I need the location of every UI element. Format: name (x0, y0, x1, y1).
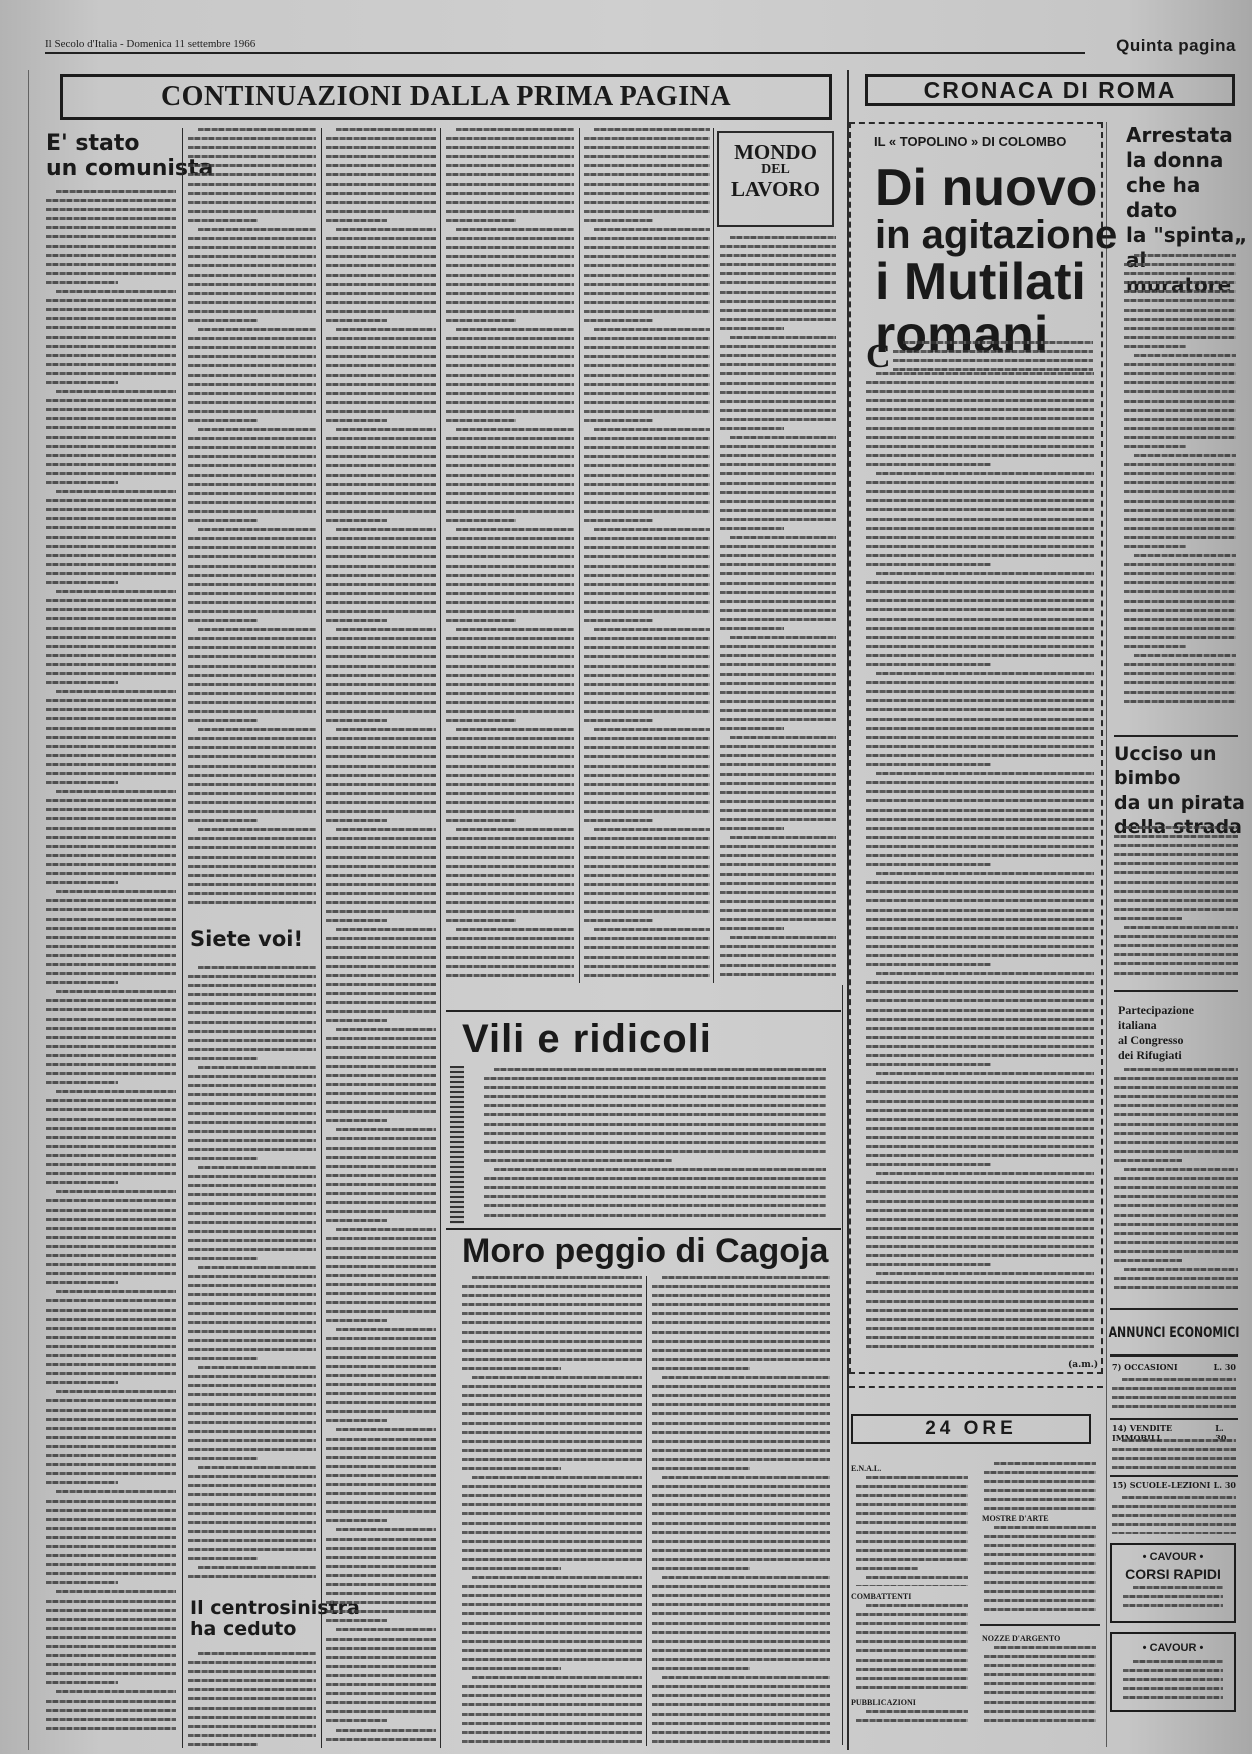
text-line (188, 274, 316, 277)
text-line (720, 245, 836, 248)
text-line (1134, 554, 1236, 557)
classified-category-price: L. 30 (1214, 1480, 1236, 1490)
text-line (720, 272, 836, 275)
text-line (446, 910, 574, 913)
text-line (46, 463, 176, 466)
text-line (326, 1365, 436, 1368)
classified-category-label: 15) SCUOLE-LEZIONI (1112, 1480, 1210, 1490)
text-line (326, 1692, 436, 1695)
text-line (1124, 327, 1236, 330)
text-line (46, 963, 176, 966)
text-line (326, 892, 436, 895)
text-line (652, 1722, 830, 1725)
text-line (326, 774, 436, 777)
text-line (720, 673, 836, 676)
text-line (462, 1658, 642, 1661)
text-line (46, 717, 176, 720)
text-line (188, 746, 316, 749)
text-line (584, 283, 710, 286)
text-line (1124, 318, 1236, 321)
text-line (1124, 272, 1236, 275)
text-line (866, 754, 1094, 757)
text-line (188, 610, 316, 613)
text-line (652, 1622, 830, 1625)
text-line (188, 1330, 316, 1333)
text-line (584, 492, 710, 495)
text-line (584, 583, 710, 586)
text-line (46, 1681, 118, 1684)
text-line (188, 283, 316, 286)
text-line (188, 537, 316, 540)
text-line (584, 374, 710, 377)
text-line (446, 374, 574, 377)
text-line (856, 1503, 968, 1506)
text-line (866, 1710, 968, 1713)
text-line (198, 428, 316, 431)
text-line (326, 601, 436, 604)
text-line (994, 1462, 1096, 1465)
text-line (188, 1293, 316, 1296)
text-line (46, 445, 176, 448)
text-line (446, 865, 574, 868)
text-line (652, 1658, 830, 1661)
text-line (326, 746, 436, 749)
text-line (46, 599, 176, 602)
text-line (446, 946, 574, 949)
text-line (866, 863, 991, 866)
text-line (326, 1183, 436, 1186)
text-line (462, 1558, 642, 1561)
text-line (326, 910, 436, 913)
text-line (46, 199, 176, 202)
text-line (326, 264, 436, 267)
text-line (446, 974, 574, 977)
text-line (1124, 309, 1236, 312)
text-line (326, 1019, 387, 1022)
text-line (446, 637, 574, 640)
text-line (720, 782, 836, 785)
column-rule (182, 128, 183, 1748)
text-line (326, 1265, 436, 1268)
text-line (188, 1503, 316, 1506)
text-line (46, 1663, 176, 1666)
text-line (188, 993, 316, 996)
text-line (584, 455, 710, 458)
text-line (326, 583, 436, 586)
text-line (446, 264, 574, 267)
dropcap: C (866, 338, 891, 376)
text-line (46, 772, 176, 775)
text-line (326, 974, 436, 977)
text-line (326, 255, 436, 258)
text-line (336, 1428, 436, 1431)
text-line (326, 1247, 436, 1250)
text-line (46, 508, 176, 511)
text-line (46, 436, 176, 439)
article-body-col1 (46, 190, 176, 1745)
text-line (326, 1192, 436, 1195)
text-line (472, 1276, 642, 1279)
text-line (856, 1567, 918, 1570)
text-line (198, 728, 316, 731)
text-line (866, 845, 1094, 848)
text-line (336, 428, 436, 431)
text-line (1124, 409, 1236, 412)
text-line (866, 790, 1094, 793)
text-line (720, 791, 836, 794)
text-line (46, 927, 176, 930)
text-line (1112, 1514, 1236, 1517)
text-line (984, 1581, 1096, 1584)
text-line (893, 350, 1093, 353)
text-line (188, 155, 316, 158)
text-line (1124, 509, 1236, 512)
text-line (188, 655, 316, 658)
text-line (484, 1104, 826, 1107)
text-line (584, 264, 710, 267)
text-line (188, 1512, 316, 1515)
text-line (326, 1665, 436, 1668)
text-line (584, 219, 653, 222)
text-line (876, 1172, 1094, 1175)
text-line (46, 981, 118, 984)
text-line (484, 1177, 826, 1180)
text-line (856, 1485, 968, 1488)
text-line (594, 528, 710, 531)
text-line (652, 1440, 830, 1443)
text-line (866, 909, 1094, 912)
text-line (1114, 1123, 1238, 1126)
text-line (652, 1649, 830, 1652)
text-line (188, 619, 258, 622)
text-line (584, 192, 710, 195)
text-line (326, 856, 436, 859)
text-line (188, 1412, 316, 1415)
text-line (326, 183, 436, 186)
text-line (720, 545, 836, 548)
text-line (188, 1339, 316, 1342)
text-line (46, 581, 118, 584)
text-line (1114, 862, 1238, 865)
text-line (866, 990, 1094, 993)
text-line (326, 510, 436, 513)
text-line (1114, 1277, 1238, 1280)
text-line (46, 1145, 176, 1148)
text-line (584, 183, 710, 186)
text-line (594, 128, 710, 131)
text-line (446, 537, 574, 540)
text-line (46, 399, 176, 402)
text-line (188, 1384, 316, 1387)
text-line (188, 501, 316, 504)
text-line (584, 701, 710, 704)
text-line (984, 1590, 1096, 1593)
text-line (652, 1512, 830, 1515)
article-rule (1110, 1354, 1238, 1357)
text-line (652, 1449, 830, 1452)
classified-text (1112, 1496, 1236, 1534)
text-line (188, 1539, 316, 1542)
text-line (46, 1445, 176, 1448)
text-line (326, 646, 436, 649)
text-line (326, 937, 436, 940)
text-line (866, 736, 1094, 739)
text-line (984, 1682, 1096, 1685)
text-line (336, 1729, 436, 1732)
text-line (188, 219, 258, 222)
text-line (188, 1707, 316, 1710)
text-line (866, 836, 1094, 839)
text-line (876, 972, 1094, 975)
text-line (984, 1553, 1096, 1556)
text-line (326, 419, 387, 422)
column-rule (440, 128, 441, 1748)
text-line (720, 663, 836, 666)
subhead-enal: E.N.A.L. (851, 1464, 881, 1473)
text-line (188, 410, 316, 413)
text-line (56, 1090, 176, 1093)
text-line (46, 1018, 176, 1021)
text-line (856, 1512, 968, 1515)
text-line (46, 1236, 176, 1239)
text-line (1124, 336, 1236, 339)
headline-line: Di nuovo (875, 162, 1117, 215)
text-line (188, 1493, 316, 1496)
text-line (720, 845, 836, 848)
text-line (1114, 1241, 1238, 1244)
text-line (584, 464, 710, 467)
text-line (188, 1212, 316, 1215)
text-line (652, 1403, 830, 1406)
text-line (46, 954, 176, 957)
text-line (46, 1363, 176, 1366)
text-line (326, 146, 436, 149)
text-line (446, 746, 574, 749)
text-line (866, 599, 1094, 602)
text-line (446, 274, 574, 277)
text-line (584, 565, 710, 568)
text-line (584, 164, 710, 167)
text-line (446, 665, 574, 668)
text-line (1114, 917, 1182, 920)
text-line (594, 628, 710, 631)
text-line (652, 1549, 830, 1552)
text-line (188, 1011, 316, 1014)
text-line (446, 610, 574, 613)
text-line (1114, 899, 1238, 902)
article-body-col5 (584, 128, 710, 983)
text-line (984, 1701, 1096, 1704)
text-line (1114, 890, 1238, 893)
text-line (46, 745, 176, 748)
box-title-line: LAVORO (719, 178, 832, 200)
text-line (462, 1603, 642, 1606)
text-line (46, 1536, 176, 1539)
text-line (188, 183, 316, 186)
text-line (720, 654, 836, 657)
text-line (730, 636, 836, 639)
text-line (326, 1356, 436, 1359)
text-line (462, 1740, 642, 1743)
text-line (446, 874, 574, 877)
text-line (326, 1583, 436, 1586)
text-line (446, 510, 574, 513)
text-line (46, 454, 176, 457)
text-line (46, 881, 118, 884)
text-line (730, 836, 836, 839)
text-line (584, 364, 710, 367)
text-line (326, 455, 436, 458)
text-line (876, 572, 1094, 575)
text-line (326, 865, 436, 868)
text-line (984, 1489, 1096, 1492)
text-line (46, 336, 176, 339)
text-line (720, 827, 784, 830)
text-line (188, 874, 316, 877)
text-line (720, 382, 836, 385)
classified-text (1112, 1378, 1236, 1410)
text-line (188, 1475, 316, 1478)
text-line (1124, 590, 1236, 593)
text-line (652, 1303, 830, 1306)
text-line (326, 1638, 436, 1641)
text-line (326, 210, 436, 213)
text-line (46, 1645, 176, 1648)
text-line (652, 1558, 830, 1561)
text-line (584, 274, 710, 277)
text-line (984, 1535, 1096, 1538)
text-line (456, 928, 574, 931)
text-line (326, 801, 436, 804)
text-line (584, 819, 653, 822)
article-body-24ore-e (984, 1526, 1096, 1612)
text-line (326, 765, 436, 768)
text-line (46, 845, 176, 848)
text-line (326, 992, 436, 995)
text-line (1114, 1095, 1238, 1098)
text-line (1133, 1586, 1223, 1589)
text-line (188, 1148, 316, 1151)
text-line (1112, 1532, 1236, 1534)
text-line (456, 628, 574, 631)
text-line (866, 499, 1094, 502)
text-line (46, 708, 176, 711)
text-line (462, 1385, 642, 1388)
text-line (446, 883, 574, 886)
text-line (446, 219, 516, 222)
text-line (456, 428, 574, 431)
text-line (188, 592, 316, 595)
text-line (1124, 290, 1236, 293)
text-line (46, 208, 176, 211)
text-line (662, 1576, 830, 1579)
text-line (1112, 1405, 1236, 1408)
text-line (584, 601, 710, 604)
text-line (188, 246, 316, 249)
text-line (446, 401, 574, 404)
text-line (866, 1300, 1094, 1303)
article-rule (446, 1010, 841, 1012)
text-line (584, 337, 710, 340)
text-line (46, 699, 176, 702)
text-line (876, 672, 1094, 675)
text-line (866, 1336, 1094, 1339)
text-line (652, 1713, 830, 1716)
text-line (46, 1436, 176, 1439)
text-line (188, 765, 316, 768)
text-line (326, 155, 436, 158)
text-line (46, 417, 176, 420)
text-line (446, 474, 574, 477)
text-line (1114, 953, 1238, 956)
text-line (1124, 500, 1236, 503)
text-line (188, 1221, 316, 1224)
subhead-combattenti: COMBATTENTI (851, 1592, 911, 1601)
classified-text (1112, 1439, 1236, 1471)
text-line (326, 956, 436, 959)
text-line (46, 472, 176, 475)
text-line (446, 692, 574, 695)
text-line (446, 901, 574, 904)
text-line (46, 799, 176, 802)
text-line (326, 246, 436, 249)
text-line (326, 437, 436, 440)
text-line (720, 445, 836, 448)
article-rule (1110, 1418, 1238, 1420)
article-body-24ore-d (984, 1462, 1096, 1514)
text-line (326, 446, 436, 449)
text-line (484, 1214, 826, 1217)
headline-siete-voi: Siete voi! (190, 928, 303, 952)
text-line (326, 1501, 436, 1504)
text-line (46, 1036, 176, 1039)
text-line (326, 874, 436, 877)
text-line (462, 1685, 642, 1688)
text-line (720, 600, 836, 603)
text-line (1124, 281, 1236, 284)
text-line (46, 536, 176, 539)
text-line (326, 1392, 436, 1395)
text-line (866, 963, 991, 966)
article-body-col6 (720, 236, 836, 981)
text-line (594, 228, 710, 231)
text-line (584, 865, 710, 868)
text-line (462, 1567, 561, 1570)
text-line (720, 682, 836, 685)
text-line (188, 346, 316, 349)
text-line (446, 446, 574, 449)
text-line (1114, 881, 1238, 884)
text-line (1114, 1104, 1238, 1107)
text-line (584, 474, 710, 477)
text-line (326, 219, 387, 222)
text-line (1123, 1669, 1223, 1672)
text-line (462, 1294, 642, 1297)
text-line (188, 1430, 316, 1433)
text-line (866, 1090, 1094, 1093)
text-line (584, 856, 710, 859)
text-line (198, 128, 316, 131)
text-line (326, 1083, 436, 1086)
text-line (652, 1385, 830, 1388)
text-line (662, 1276, 830, 1279)
text-line (188, 1348, 316, 1351)
text-line (188, 1484, 316, 1487)
text-line (46, 1318, 176, 1321)
text-line (46, 1636, 176, 1639)
text-line (326, 1401, 436, 1404)
text-line (446, 383, 574, 386)
